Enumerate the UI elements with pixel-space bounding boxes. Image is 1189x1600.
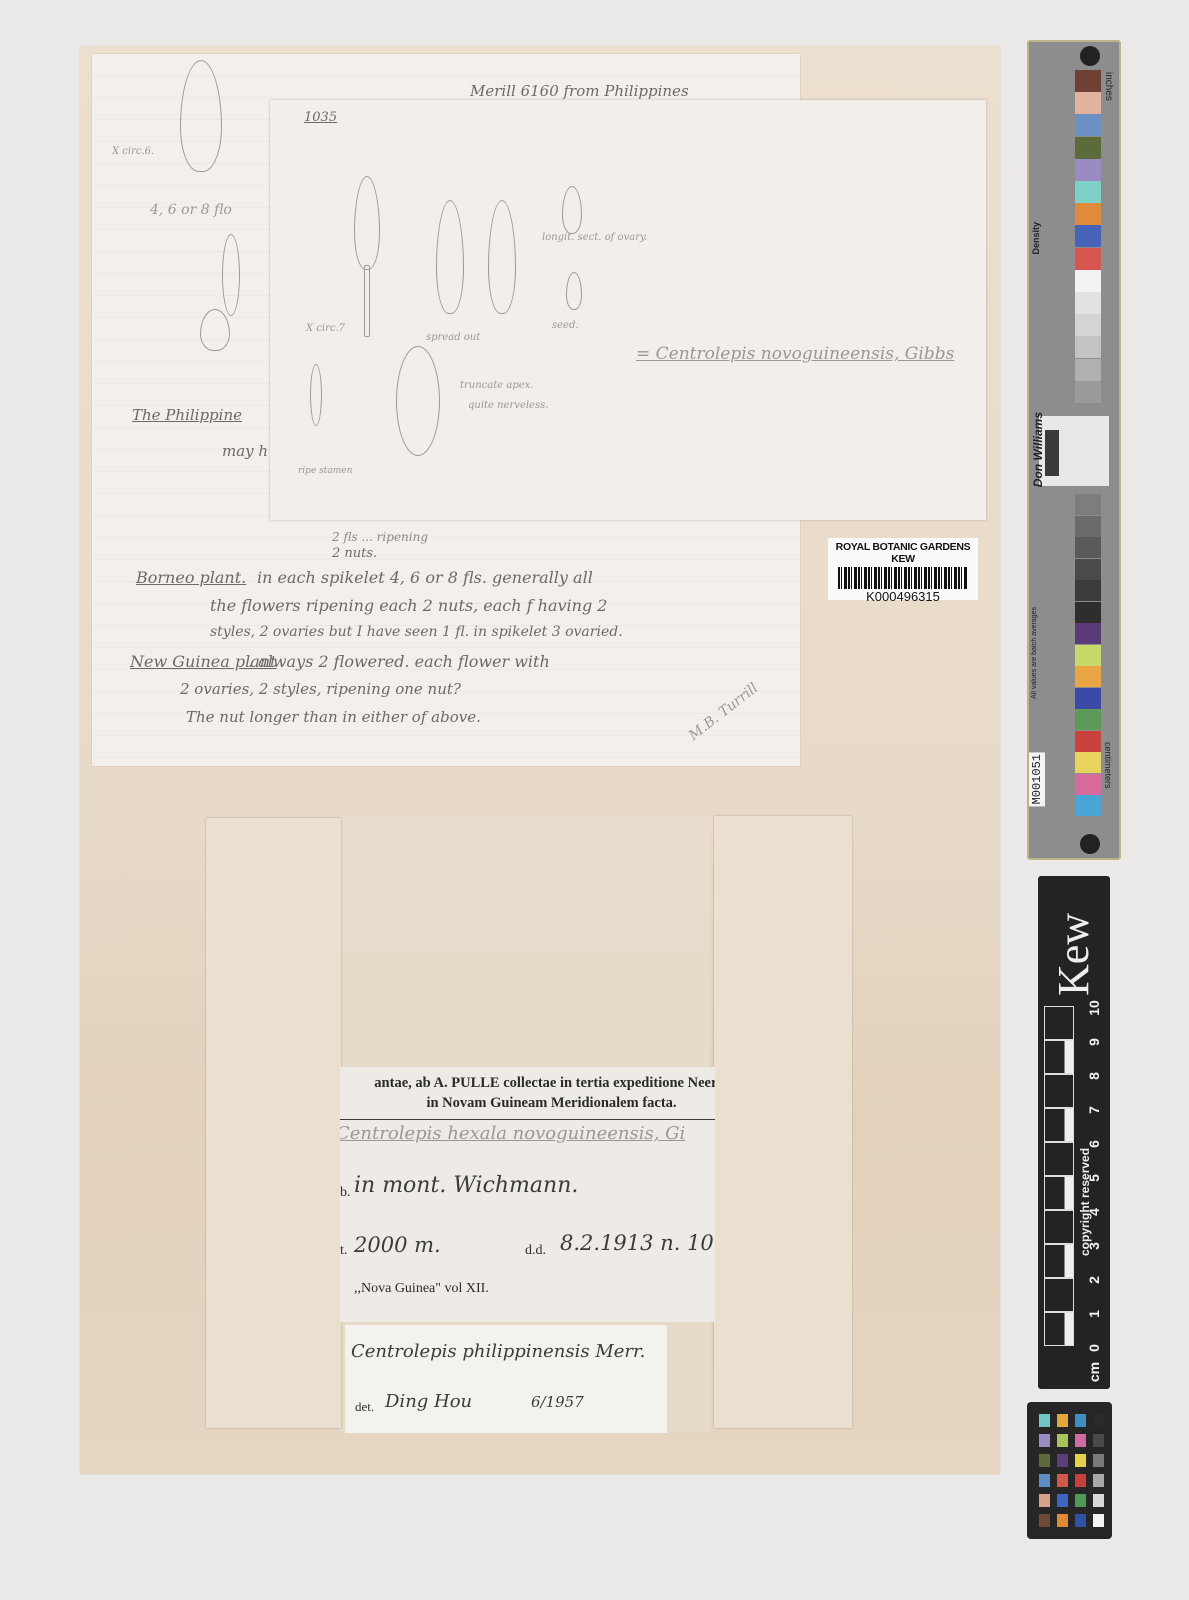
color-patch bbox=[1075, 270, 1101, 292]
color-patch bbox=[1075, 623, 1101, 644]
packet-top-flap bbox=[340, 816, 710, 953]
faint-determination: Centrolepis hexala novoguineensis, Gi bbox=[340, 1123, 685, 1144]
identification: = Centrolepis novoguineensis, Gibbs bbox=[636, 344, 954, 364]
stalk-sketch bbox=[364, 265, 370, 337]
color-patch bbox=[1075, 494, 1101, 515]
color-swatch bbox=[1075, 1434, 1086, 1447]
color-swatch bbox=[1075, 1454, 1086, 1467]
note-header: Merill 6160 from Philippines bbox=[470, 82, 689, 100]
scale-segment bbox=[1044, 1142, 1074, 1176]
note-partial-line: 4, 6 or 8 flo bbox=[150, 202, 232, 218]
scale-segment bbox=[1044, 1278, 1074, 1312]
scale-tick-label: 5 bbox=[1086, 1166, 1102, 1190]
label-truncate: truncate apex. bbox=[460, 380, 533, 391]
altitude: 2000 m. bbox=[354, 1233, 441, 1257]
color-patch bbox=[1075, 159, 1101, 181]
color-patch bbox=[1075, 114, 1101, 136]
scale-segment bbox=[1044, 1040, 1074, 1074]
label-stamen: ripe stamen bbox=[298, 466, 352, 476]
new-guinea-text-1: . always 2 flowered. each flower with bbox=[248, 652, 550, 671]
grey-scale-target bbox=[1039, 416, 1109, 486]
scale-tick-label: 9 bbox=[1086, 1030, 1102, 1054]
color-patch bbox=[1075, 181, 1101, 203]
color-ruler: inches Density Don Williams All values a… bbox=[1027, 40, 1121, 860]
color-patch bbox=[1075, 537, 1101, 558]
note-nuts-line: 2 nuts. bbox=[332, 546, 377, 561]
color-patch bbox=[1075, 752, 1101, 773]
color-swatch bbox=[1057, 1454, 1068, 1467]
color-patch bbox=[1075, 602, 1101, 623]
color-patch bbox=[1075, 70, 1101, 92]
scale-tick-label: 8 bbox=[1086, 1064, 1102, 1088]
scale-segment bbox=[1044, 1244, 1074, 1278]
note-line-may: may h bbox=[222, 442, 268, 460]
spikelet-sketch bbox=[354, 176, 380, 270]
scale-segment bbox=[1044, 1108, 1074, 1142]
collection-label: antae, ab A. PULLE collectae in tertia e… bbox=[340, 1067, 715, 1322]
barcode-icon bbox=[838, 567, 968, 589]
color-swatch bbox=[1039, 1514, 1050, 1527]
label-seed: seed. bbox=[552, 320, 579, 331]
color-swatch bbox=[1075, 1474, 1086, 1487]
color-swatch bbox=[1039, 1414, 1050, 1427]
color-swatch bbox=[1075, 1514, 1086, 1527]
collection-header-line-2: in Novam Guineam Meridionalem facta. bbox=[340, 1093, 715, 1113]
ruler-units: centimeters bbox=[1103, 742, 1113, 789]
color-patch bbox=[1075, 137, 1101, 159]
scale-segment bbox=[1044, 1210, 1074, 1244]
ruler-hole-bottom bbox=[1080, 834, 1100, 854]
color-patch bbox=[1075, 795, 1101, 816]
color-patch bbox=[1075, 314, 1101, 336]
scale-tick-label: 10 bbox=[1086, 996, 1102, 1020]
determination-label: Centrolepis philippinensis Merr. det. Di… bbox=[345, 1325, 667, 1433]
det-prefix: det. bbox=[355, 1399, 374, 1415]
style-sketch bbox=[222, 234, 240, 316]
color-checker-card bbox=[1027, 1402, 1112, 1539]
sketch-note-front: 1035 X circ.7 spread out longit. sect. o… bbox=[270, 100, 986, 520]
color-swatch bbox=[1075, 1494, 1086, 1507]
locality-prefix: b. bbox=[340, 1185, 351, 1201]
new-guinea-text-3: The nut longer than in either of above. bbox=[186, 708, 481, 726]
stamen-sketch bbox=[310, 364, 322, 426]
scale-segment bbox=[1044, 1006, 1074, 1040]
locality: in mont. Wichmann. bbox=[354, 1173, 578, 1198]
ruler-side-text: All values are batch averages bbox=[1031, 607, 1038, 699]
spread-sketch-2 bbox=[488, 200, 516, 314]
color-swatch bbox=[1075, 1414, 1086, 1427]
scale-segment bbox=[1044, 1176, 1074, 1210]
borneo-heading: Borneo plant. bbox=[136, 568, 246, 587]
philippine-heading: The Philippine bbox=[132, 406, 242, 424]
altitude-prefix: t. bbox=[340, 1243, 347, 1259]
scale-tick-label: 6 bbox=[1086, 1132, 1102, 1156]
scale-segment bbox=[1044, 1312, 1074, 1346]
ruler-id: M001051 bbox=[1029, 752, 1045, 806]
color-swatch bbox=[1057, 1434, 1068, 1447]
ruler-title: inches bbox=[1103, 72, 1114, 101]
color-swatch bbox=[1093, 1414, 1104, 1427]
spread-sketch-1 bbox=[436, 200, 464, 314]
color-swatch bbox=[1057, 1514, 1068, 1527]
signature: M.B. Turrill bbox=[686, 680, 761, 744]
unit-label: cm bbox=[1086, 1360, 1102, 1384]
nut-sketch bbox=[396, 346, 440, 456]
sketch-number: 1035 bbox=[304, 110, 337, 125]
note-annotation: X circ.6. bbox=[112, 146, 154, 157]
color-patch bbox=[1075, 336, 1101, 358]
color-patch bbox=[1075, 580, 1101, 601]
borneo-text-2: the flowers ripening each 2 nuts, each f… bbox=[210, 596, 607, 615]
collection-date: 8.2.1913 n. 10 bbox=[560, 1231, 714, 1255]
new-guinea-text-2: 2 ovaries, 2 styles, ripening one nut? bbox=[180, 680, 461, 698]
scale-tick-label: 0 bbox=[1086, 1336, 1102, 1360]
kew-logo: Kew bbox=[1034, 936, 1114, 996]
color-patch bbox=[1075, 292, 1101, 314]
color-swatch bbox=[1093, 1514, 1104, 1527]
color-patch bbox=[1075, 92, 1101, 114]
color-swatch bbox=[1093, 1474, 1104, 1487]
color-swatch bbox=[1057, 1474, 1068, 1487]
color-patch bbox=[1075, 359, 1101, 381]
color-patch bbox=[1075, 774, 1101, 795]
scale-tick-label: 2 bbox=[1086, 1268, 1102, 1292]
color-swatch bbox=[1093, 1494, 1104, 1507]
packet-right-flap bbox=[714, 816, 852, 1428]
borneo-text-1: in each spikelet 4, 6 or 8 fls. generall… bbox=[257, 568, 593, 587]
color-patch bbox=[1075, 709, 1101, 730]
spikelet-sketch bbox=[180, 60, 222, 172]
color-swatch bbox=[1057, 1414, 1068, 1427]
color-patch bbox=[1075, 731, 1101, 752]
determined-taxon: Centrolepis philippinensis Merr. bbox=[351, 1341, 645, 1362]
color-patch bbox=[1075, 381, 1101, 403]
color-swatch bbox=[1093, 1434, 1104, 1447]
label-xcirc: X circ.7 bbox=[306, 323, 345, 334]
color-swatch bbox=[1039, 1474, 1050, 1487]
packet-left-flap bbox=[206, 818, 341, 1428]
scale-tick-label: 3 bbox=[1086, 1234, 1102, 1258]
color-patch bbox=[1075, 645, 1101, 666]
color-swatch bbox=[1039, 1494, 1050, 1507]
publication: ,,Nova Guinea" vol XII. bbox=[354, 1281, 489, 1297]
label-spread: spread out bbox=[426, 332, 480, 343]
determination-date: 6/1957 bbox=[531, 1393, 584, 1411]
color-swatch bbox=[1057, 1494, 1068, 1507]
date-prefix: d.d. bbox=[525, 1243, 546, 1259]
barcode-number: K000496315 bbox=[828, 589, 978, 604]
color-swatch bbox=[1093, 1454, 1104, 1467]
color-patch bbox=[1075, 688, 1101, 709]
ovary-sketch bbox=[200, 309, 230, 351]
note-obscured-line: 2 fls ... ripening bbox=[332, 530, 428, 544]
determiner: Ding Hou bbox=[385, 1391, 472, 1412]
density-label: Density bbox=[1031, 222, 1041, 255]
color-patch bbox=[1075, 248, 1101, 270]
color-patch bbox=[1075, 516, 1101, 537]
barcode-label: ROYAL BOTANIC GARDENS KEW K000496315 bbox=[828, 538, 978, 600]
label-longit: longit. sect. of ovary. bbox=[542, 232, 647, 243]
color-patch bbox=[1075, 225, 1101, 247]
collection-header-line-1: antae, ab A. PULLE collectae in tertia e… bbox=[340, 1073, 715, 1093]
ruler-hole-top bbox=[1080, 46, 1100, 66]
color-patch bbox=[1075, 203, 1101, 225]
scale-tick-label: 4 bbox=[1086, 1200, 1102, 1224]
seed-sketch bbox=[566, 272, 582, 310]
scale-tick-label: 7 bbox=[1086, 1098, 1102, 1122]
color-patch bbox=[1075, 559, 1101, 580]
borneo-text-3: styles, 2 ovaries but I have seen 1 fl. … bbox=[210, 624, 623, 640]
collection-header: antae, ab A. PULLE collectae in tertia e… bbox=[340, 1067, 715, 1120]
color-swatch bbox=[1039, 1454, 1050, 1467]
kew-scale-ruler: Kew copyright reserved 012345678910 cm bbox=[1038, 876, 1110, 1389]
institution-name: ROYAL BOTANIC GARDENS KEW bbox=[828, 541, 978, 565]
color-swatch bbox=[1039, 1434, 1050, 1447]
color-patch bbox=[1075, 666, 1101, 687]
scale-tick-label: 1 bbox=[1086, 1302, 1102, 1326]
ruler-brand: Don Williams bbox=[1031, 412, 1045, 487]
scale-segment bbox=[1044, 1074, 1074, 1108]
ovary-section-sketch bbox=[562, 186, 582, 234]
label-nerveless: quite nerveless. bbox=[468, 400, 548, 411]
